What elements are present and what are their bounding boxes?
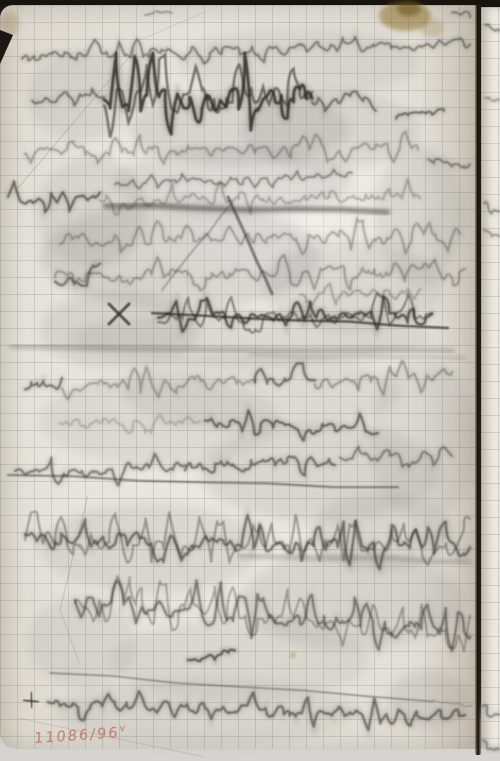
archival-number-suffix: v [119, 723, 125, 734]
paper-grain-sliver [481, 7, 500, 749]
paper-grain [0, 5, 477, 749]
handwriting-layer [0, 0, 500, 761]
scan-background: 11086/96v [0, 0, 500, 761]
